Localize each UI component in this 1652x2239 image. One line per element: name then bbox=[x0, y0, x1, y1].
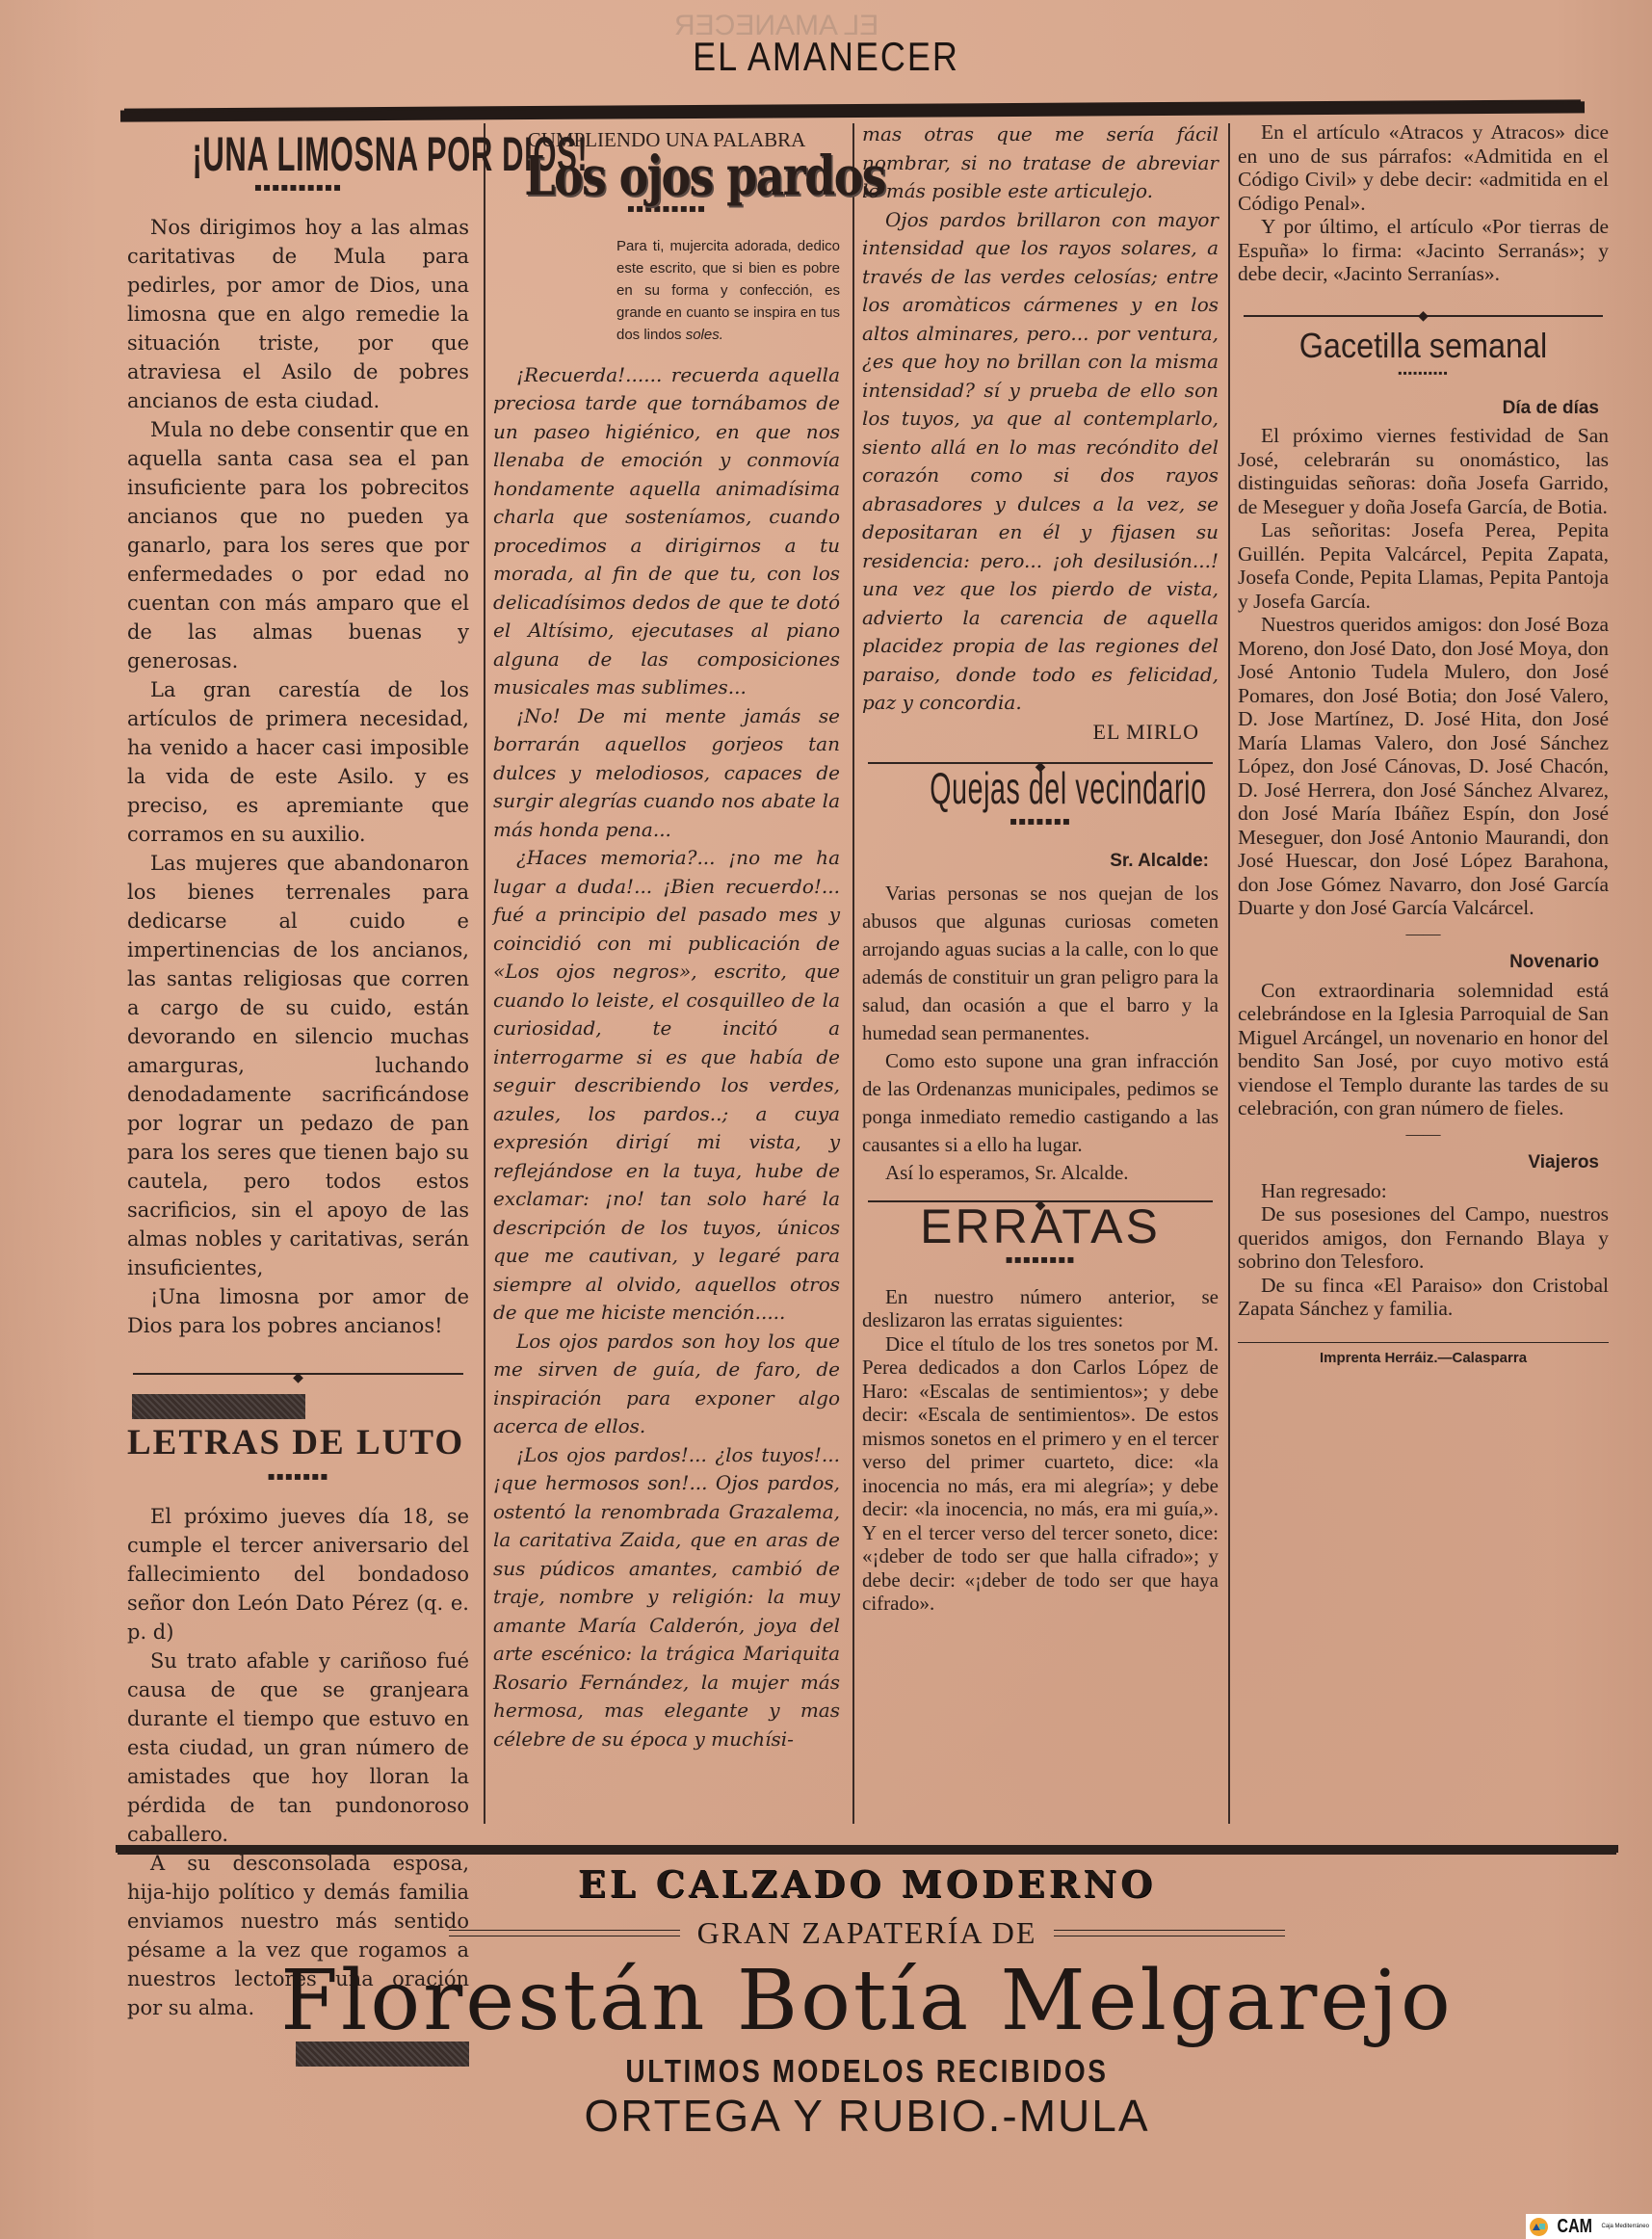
subsection-heading: Viajeros bbox=[1238, 1151, 1599, 1175]
paragraph: Nuestros queridos amigos: don José Boza … bbox=[1238, 613, 1609, 920]
dedication-text: Para ti, mujercita adorada, dedico este … bbox=[616, 238, 840, 343]
ornamental-rule bbox=[868, 1200, 1213, 1202]
ad-subtitle: GRAN ZAPATERÍA DE bbox=[697, 1915, 1037, 1951]
subsection-heading: Día de días bbox=[1238, 397, 1599, 421]
paragraph: Las señoritas: Josefa Perea, Pepita Guil… bbox=[1238, 518, 1609, 613]
paragraph: Mula no debe consentir que en aquella sa… bbox=[127, 415, 469, 675]
column-2: CUMPLIENDO UNA PALABRA Los ojos pardos ▪… bbox=[493, 120, 840, 1753]
cam-logo: CAM Caja Mediterráneo bbox=[1526, 2214, 1652, 2239]
mourning-bar bbox=[132, 1394, 305, 1419]
masthead-rule bbox=[120, 101, 1585, 121]
paragraph: Ojos pardos brillaron con mayor intensid… bbox=[862, 206, 1219, 718]
column-3: mas otras que me sería fácil nombrar, si… bbox=[862, 120, 1219, 1616]
ad-tagline: ULTIMOS MODELOS RECIBIDOS bbox=[228, 2053, 1506, 2090]
column-divider bbox=[1228, 123, 1230, 1824]
paragraph: Nos dirigimos hoy a las almas caritativa… bbox=[127, 213, 469, 415]
ornament-dots: ▪▪▪▪▪▪▪▪ bbox=[862, 1245, 1219, 1274]
author-signature: EL MIRLO bbox=[862, 718, 1219, 747]
imprint-line: Imprenta Herráiz.—Calasparra bbox=[1238, 1342, 1609, 1371]
column-4: En el artículo «Atracos y Atracos» dice … bbox=[1238, 120, 1609, 1370]
paragraph: Con extraordinaria solemnidad está celeb… bbox=[1238, 979, 1609, 1120]
paragraph: Dice el título de los tres sonetos por M… bbox=[862, 1332, 1219, 1616]
paragraph: ¡Los ojos pardos!... ¿los tuyos!... ¡que… bbox=[493, 1441, 840, 1754]
cam-logo-subtext: Caja Mediterráneo bbox=[1602, 2224, 1649, 2230]
ad-top-rule bbox=[116, 1845, 1618, 1853]
paragraph: De sus posesiones del Campo, nuestros qu… bbox=[1238, 1202, 1609, 1274]
dedication: Para ti, mujercita adorada, dedico este … bbox=[616, 235, 840, 346]
ornament-dots: ▪▪▪▪▪▪▪▪▪▪ bbox=[1238, 361, 1609, 385]
paragraph: mas otras que me sería fácil nombrar, si… bbox=[862, 120, 1219, 206]
paragraph: ¡Una limosna por amor de Dios para los p… bbox=[127, 1282, 469, 1340]
cam-logo-icon bbox=[1530, 2218, 1548, 2236]
paragraph: Los ojos pardos son hoy los que me sirve… bbox=[493, 1328, 840, 1441]
article-title-limosna: ¡UNA LIMOSNA POR DIOS! bbox=[192, 140, 404, 169]
advertisement: EL CALZADO MODERNO GRAN ZAPATERÍA DE Flo… bbox=[116, 1845, 1618, 2142]
column-divider bbox=[484, 123, 485, 1824]
paragraph: En el artículo «Atracos y Atracos» dice … bbox=[1238, 120, 1609, 215]
article-title-quejas: Quejas del vecindario bbox=[930, 774, 1150, 803]
ornamental-rule bbox=[1244, 315, 1603, 317]
article-title-ojos-pardos: Los ojos pardos bbox=[524, 163, 808, 192]
column-1: ¡UNA LIMOSNA POR DIOS! ▪▪▪▪▪▪▪▪▪▪ Nos di… bbox=[127, 120, 469, 2076]
paragraph: Así lo esperamos, Sr. Alcalde. bbox=[862, 1159, 1219, 1187]
section-title-gacetilla: Gacetilla semanal bbox=[1256, 334, 1590, 358]
paragraph: ¡No! De mi mente jamás se borrarán aquel… bbox=[493, 702, 840, 845]
article-title-luto: LETRAS DE LUTO bbox=[127, 1429, 469, 1458]
paragraph: ¡Recuerda!...... recuerda aquella precio… bbox=[493, 361, 840, 702]
ad-business-name: EL CALZADO MODERNO bbox=[116, 1862, 1618, 1906]
ad-address: ORTEGA Y RUBIO.-MULA bbox=[116, 2090, 1618, 2142]
paragraph: Y por último, el artículo «Por tierras d… bbox=[1238, 215, 1609, 286]
paragraph: En nuestro número anterior, se deslizaro… bbox=[862, 1285, 1219, 1332]
ad-owner-name: Florestán Botía Melgarejo bbox=[116, 1953, 1618, 2049]
ornament-dots: ▪▪▪▪▪▪▪ bbox=[127, 1462, 469, 1490]
paragraph: Su trato afable y cariñoso fué causa de … bbox=[127, 1646, 469, 1849]
paragraph: Varias personas se nos quejan de los abu… bbox=[862, 880, 1219, 1047]
paragraph: Las mujeres que abandonaron los bienes t… bbox=[127, 849, 469, 1282]
cam-logo-text: CAM bbox=[1558, 2216, 1592, 2238]
paragraph: El próximo jueves día 18, se cumple el t… bbox=[127, 1502, 469, 1646]
paragraph: ¿Haces memoria?... ¡no me ha lugar a dud… bbox=[493, 844, 840, 1328]
subsection-heading: Novenario bbox=[1238, 951, 1599, 975]
paragraph: El próximo viernes festividad de San Jos… bbox=[1238, 424, 1609, 518]
paragraph: Como esto supone una gran infracción de … bbox=[862, 1047, 1219, 1159]
section-separator: —— bbox=[1238, 922, 1609, 946]
paragraph: De su finca «El Paraiso» don Cristobal Z… bbox=[1238, 1274, 1609, 1321]
paragraph: La gran carestía de los artículos de pri… bbox=[127, 675, 469, 849]
salutation: Sr. Alcalde: bbox=[862, 847, 1209, 876]
ad-subtitle-row: GRAN ZAPATERÍA DE bbox=[116, 1915, 1618, 1951]
section-separator: —— bbox=[1238, 1122, 1609, 1146]
masthead-title: EL AMANECER bbox=[0, 34, 1652, 80]
ad-rule-right bbox=[1054, 1930, 1285, 1936]
ornamental-rule bbox=[133, 1373, 463, 1375]
column-divider bbox=[852, 123, 854, 1824]
paragraph: Han regresado: bbox=[1238, 1179, 1609, 1203]
dedication-end: soles. bbox=[686, 327, 723, 343]
ad-rule-left bbox=[449, 1930, 680, 1936]
